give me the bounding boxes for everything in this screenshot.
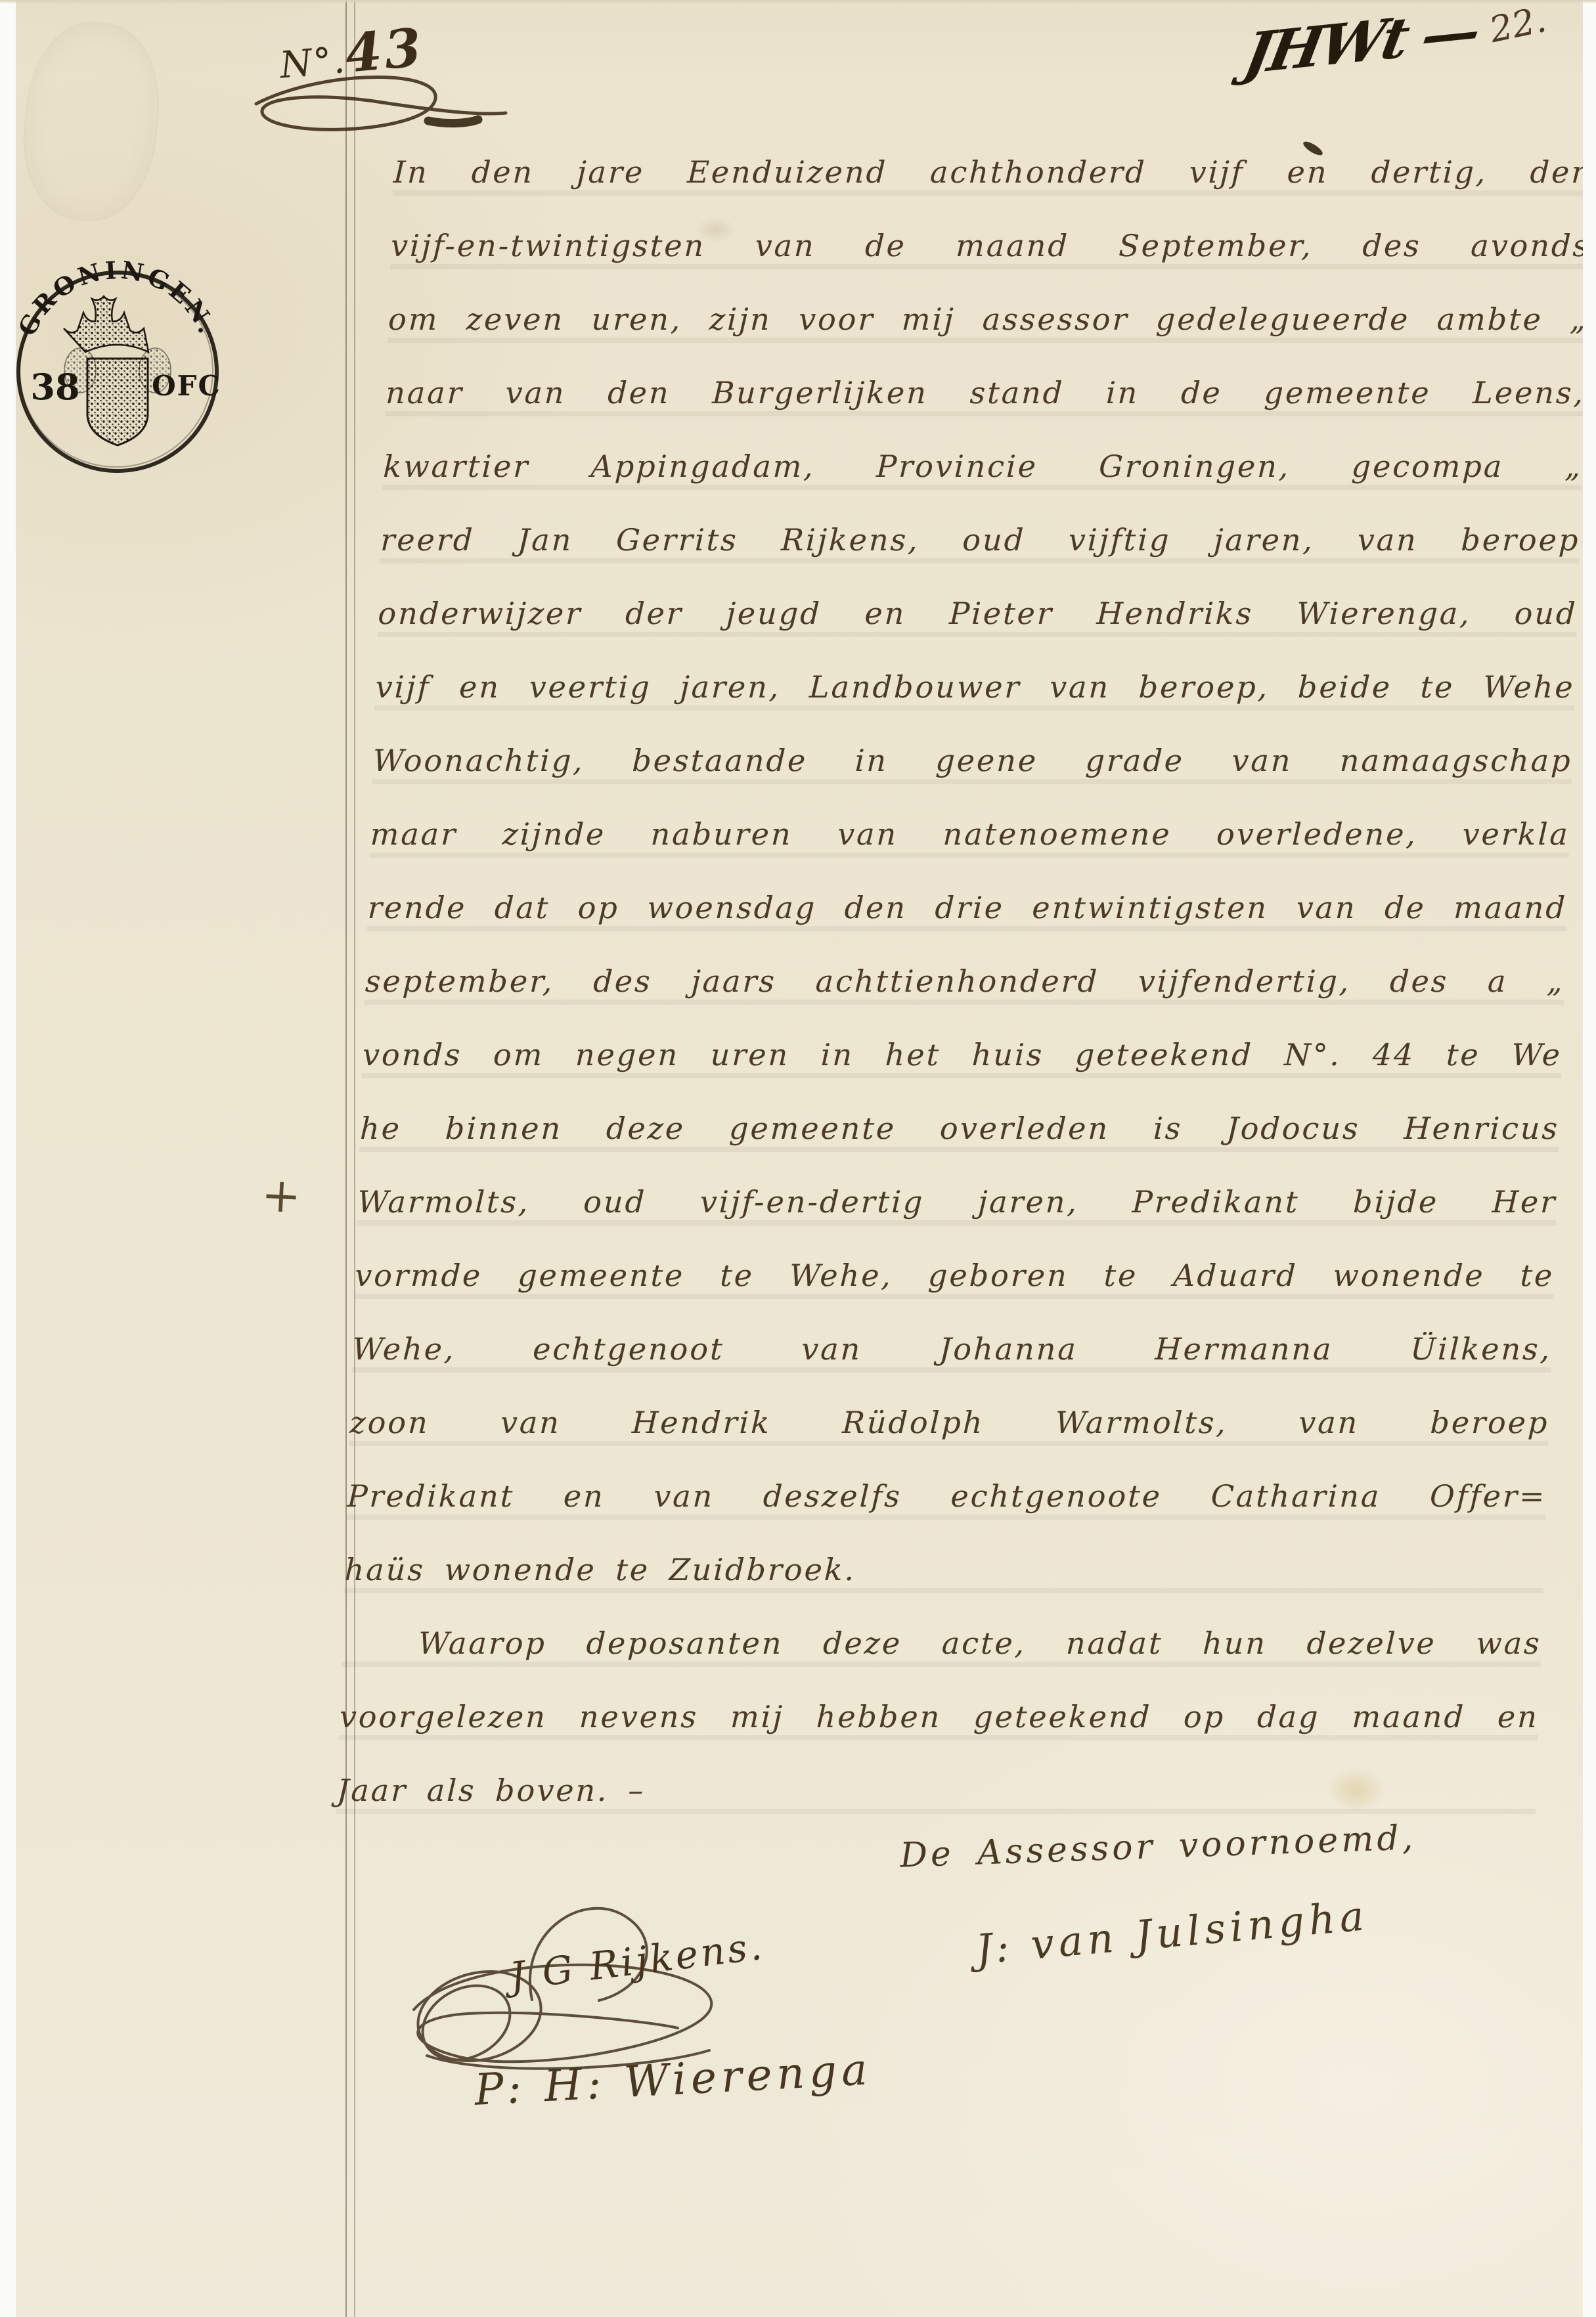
manuscript-line: naar van den Burgerlijken stand in de ge… [384,356,1586,430]
manuscript-line: Jaar als boven. – [336,1754,1538,1827]
assessor-signature: J: van Julsingha [974,1891,1370,1974]
manuscript-line: vijf en veertig jaren, Landbouwer van be… [374,650,1576,724]
manuscript-line: Predikant en van deszelfs echtgenoote Ca… [346,1459,1548,1533]
manuscript-line: Wehe, echtgenoot van Johanna Hermanna Üi… [351,1312,1553,1386]
act-number: N°.43 [277,16,426,91]
scan-edge-top [0,0,1596,4]
manuscript-line: reerd Jan Gerrits Rijkens, oud vijftig j… [380,503,1582,577]
margin-cross-mark: + [260,1166,303,1224]
manuscript-line: september, des jaars achttienhonderd vij… [364,944,1566,1018]
manuscript-line: vonds om negen uren in het huis geteeken… [361,1018,1563,1092]
act-number-digits: 43 [343,16,426,85]
manuscript-line: rende dat op woensdag den drie entwintig… [366,871,1568,944]
scan-edge-right [1583,0,1596,2317]
manuscript-line: haüs wonende te Zuidbroek. [344,1533,1545,1606]
stamp-left-value: 38 [30,366,79,408]
manuscript-line: maar zijnde naburen van natenoemene over… [369,797,1571,871]
scan-edge-left [0,0,16,2317]
manuscript-body-text: In den jare Eenduizend achthonderd vijf … [336,135,1594,1827]
act-number-prefix: N°. [278,39,347,87]
manuscript-line: vormde gemeente te Wehe, geboren te Adua… [353,1239,1555,1312]
manuscript-line: he binnen deze gemeente overleden is Jod… [359,1092,1561,1165]
manuscript-line: vijf-en-twintigsten van de maand Septemb… [389,209,1591,282]
manuscript-line: Woonachtig, bestaande in geene grade van… [372,724,1574,797]
manuscript-page: N°.43 JHWt — 22. GRONINGEN. [0,0,1596,2317]
manuscript-line: In den jare Eenduizend achthonderd vijf … [392,135,1594,209]
manuscript-line: Warmolts, oud vijf-en-dertig jaren, Pred… [356,1165,1558,1239]
manuscript-line: om zeven uren, zijn voor mij assessor ge… [387,282,1589,356]
manuscript-line: Waarop deposanten deze acte, nadat hun d… [341,1606,1543,1680]
groningen-revenue-stamp: GRONINGEN. 38 OFC [8,260,227,479]
stamp-right-value: OFC [152,370,221,402]
folio-number: 22. [1486,0,1549,51]
margin-rule-line [345,0,355,2317]
manuscript-line: kwartier Appingadam, Provincie Groningen… [382,430,1584,503]
embossed-blind-seal [15,16,167,227]
manuscript-line: voorgelezen nevens mij hebben geteekend … [338,1680,1540,1754]
stamp-shield-icon [87,359,148,445]
manuscript-line: onderwijzer der jeugd en Pieter Hendriks… [377,577,1579,650]
registrar-paraph-signature: JHWt — [1239,0,1483,87]
manuscript-line: zoon van Hendrik Rüdolph Warmolts, van b… [349,1386,1551,1459]
